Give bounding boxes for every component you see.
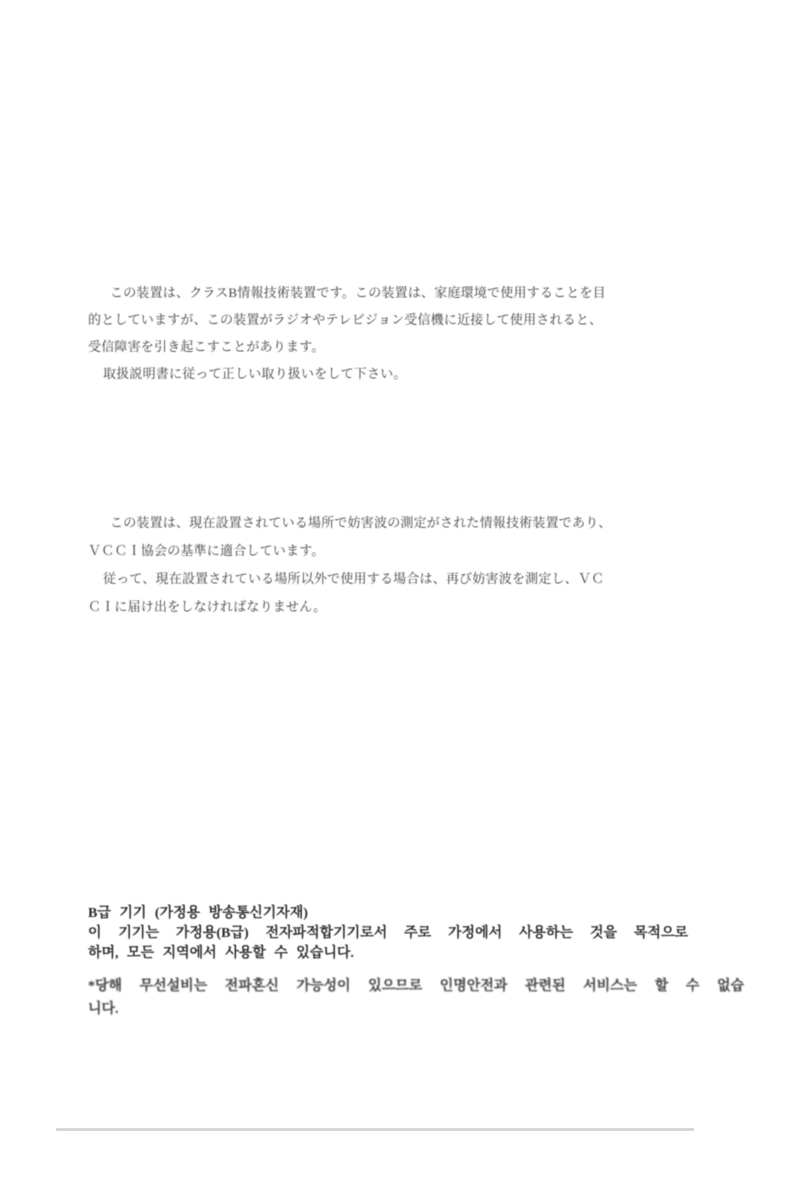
notice-line: 이 기기는 가정용(B급) 전자파적합기기로서 주로 가정에서 사용하는 것을 … — [88, 924, 688, 944]
notice-line: 하며, 모든 지역에서 사용할 수 있습니다. — [88, 944, 688, 964]
notice-line: B급 기기 (가정용 방송통신기자재) — [88, 904, 688, 924]
notice-line: ＣＩに届け出をしなければなりません。 — [88, 593, 610, 621]
notice-line: 受信障害を引き起こすことがあります。 — [88, 333, 610, 360]
footer-divider — [56, 1128, 694, 1131]
notice-line: *당해 무선설비는 전파혼신 가능성이 있으므로 인명안전과 관련된 서비스는 … — [88, 975, 744, 998]
kcc-rf-warning-notice: *당해 무선설비는 전파혼신 가능성이 있으므로 인명안전과 관련된 서비스는 … — [88, 975, 744, 1021]
notice-line: この装置は、現在設置されている場所で妨害波の測定がされた情報技術装置であり、 — [88, 509, 610, 537]
notice-line: この装置は、クラスB情報技術装置です。この装置は、家庭環境で使用することを目 — [88, 279, 610, 306]
vcci-class-b-notice: この装置は、クラスB情報技術装置です。この装置は、家庭環境で使用することを目 的… — [88, 279, 610, 387]
notice-line: ＶＣＣＩ協会の基準に適合しています。 — [88, 537, 610, 565]
kcc-class-b-notice: B급 기기 (가정용 방송통신기자재) 이 기기는 가정용(B급) 전자파적합기… — [88, 904, 688, 964]
vcci-site-measurement-notice: この装置は、現在設置されている場所で妨害波の測定がされた情報技術装置であり、 Ｖ… — [88, 509, 610, 621]
notice-line: 的としていますが、この装置がラジオやテレビジョン受信機に近接して使用されると、 — [88, 306, 610, 333]
document-page: この装置は、クラスB情報技術装置です。この装置は、家庭環境で使用することを目 的… — [0, 0, 794, 1196]
notice-line: 従って、現在設置されている場所以外で使用する場合は、再び妨害波を測定し、ＶＣ — [88, 565, 610, 593]
notice-line: 니다. — [88, 998, 744, 1021]
notice-line: 取扱説明書に従って正しい取り扱いをして下さい。 — [88, 360, 610, 387]
